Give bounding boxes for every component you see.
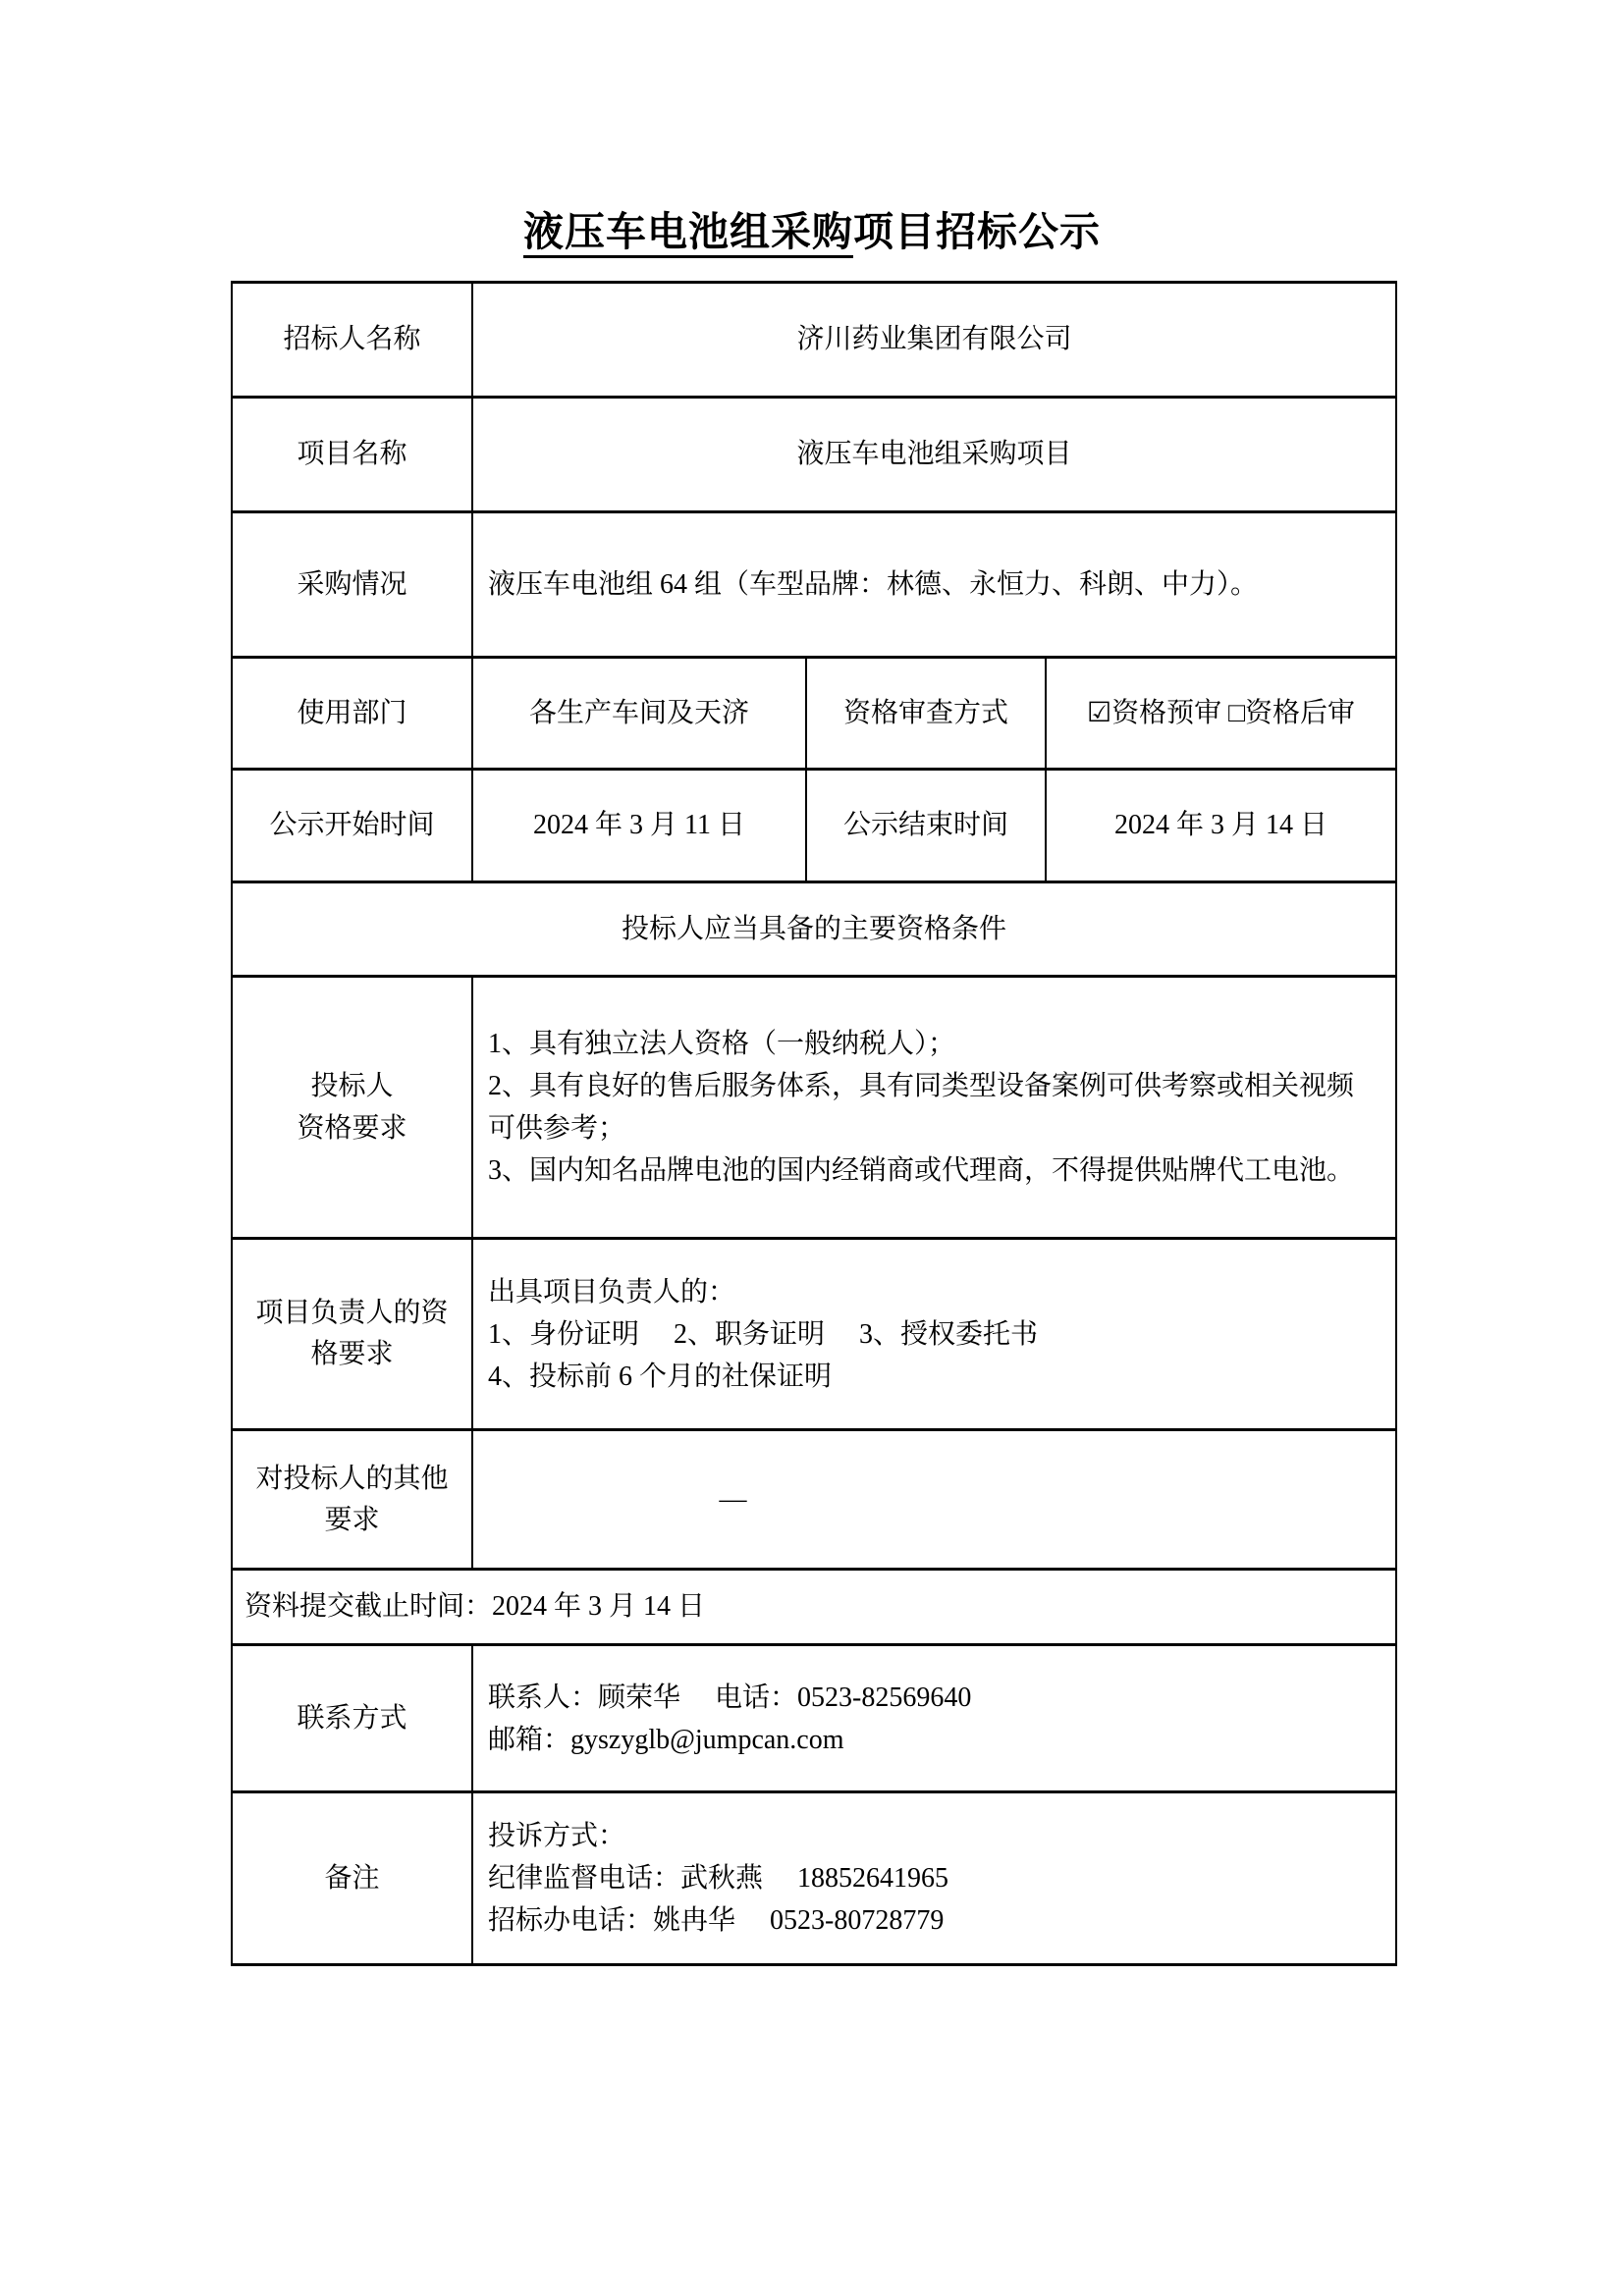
remarks-value: 投诉方式： 纪律监督电话：武秋燕 18852641965 招标办电话：姚冉华 0… — [472, 1792, 1396, 1965]
table-row: 使用部门 各生产车间及天济 资格审查方式 ☑资格预审 □资格后审 — [232, 658, 1396, 770]
contact-label: 联系方式 — [232, 1645, 472, 1792]
other-requirements-value: — — [472, 1430, 1396, 1570]
prequalification-checkbox-icon: ☑ — [1087, 693, 1111, 734]
procurement-value: 液压车电池组 64 组（车型品牌：林德、永恒力、科朗、中力）。 — [472, 512, 1396, 658]
prequalification-option-label: 资格预审 — [1111, 698, 1221, 728]
page-title: 液压车电池组采购项目招标公示 — [0, 208, 1624, 256]
department-label: 使用部门 — [232, 658, 472, 770]
table-row: 联系方式 联系人：顾荣华 电话：0523-82569640 邮箱：gyszygl… — [232, 1645, 1396, 1792]
postqualification-option-label: 资格后审 — [1245, 698, 1355, 728]
department-value: 各生产车间及天济 — [472, 658, 806, 770]
remarks-label: 备注 — [232, 1792, 472, 1965]
table-row: 公示开始时间 2024 年 3 月 11 日 公示结束时间 2024 年 3 月… — [232, 770, 1396, 882]
table-row: 对投标人的其他要求 — — [232, 1430, 1396, 1570]
table-row: 项目名称 液压车电池组采购项目 — [232, 398, 1396, 512]
contact-value: 联系人：顾荣华 电话：0523-82569640 邮箱：gyszyglb@jum… — [472, 1645, 1396, 1792]
review-method-label: 资格审查方式 — [806, 658, 1046, 770]
page-title-rest: 项目招标公示 — [853, 209, 1101, 254]
table-row: 资料提交截止时间：2024 年 3 月 14 日 — [232, 1570, 1396, 1645]
bidder-qualification-value: 1、具有独立法人资格（一般纳税人）； 2、具有良好的售后服务体系，具有同类型设备… — [472, 977, 1396, 1239]
publicity-end-label: 公示结束时间 — [806, 770, 1046, 882]
table-row: 采购情况 液压车电池组 64 组（车型品牌：林德、永恒力、科朗、中力）。 — [232, 512, 1396, 658]
project-name-label: 项目名称 — [232, 398, 472, 512]
bidder-name-label: 招标人名称 — [232, 283, 472, 398]
page-title-underlined: 液压车电池组采购 — [523, 209, 853, 258]
publicity-start-label: 公示开始时间 — [232, 770, 472, 882]
submission-deadline-text: 资料提交截止时间：2024 年 3 月 14 日 — [232, 1570, 1396, 1645]
manager-qualification-label: 项目负责人的资格要求 — [232, 1239, 472, 1430]
publicity-start-value: 2024 年 3 月 11 日 — [472, 770, 806, 882]
table-row: 项目负责人的资格要求 出具项目负责人的： 1、身份证明 2、职务证明 3、授权委… — [232, 1239, 1396, 1430]
tender-table: 招标人名称 济川药业集团有限公司 项目名称 液压车电池组采购项目 采购情况 液压… — [231, 281, 1397, 1966]
project-name-value: 液压车电池组采购项目 — [472, 398, 1396, 512]
bidder-qualification-label: 投标人 资格要求 — [232, 977, 472, 1239]
publicity-end-value: 2024 年 3 月 14 日 — [1046, 770, 1396, 882]
manager-qualification-value: 出具项目负责人的： 1、身份证明 2、职务证明 3、授权委托书 4、投标前 6 … — [472, 1239, 1396, 1430]
postqualification-checkbox-icon: □ — [1228, 693, 1245, 734]
table-row: 投标人应当具备的主要资格条件 — [232, 882, 1396, 977]
table-row: 投标人 资格要求 1、具有独立法人资格（一般纳税人）； 2、具有良好的售后服务体… — [232, 977, 1396, 1239]
table-row: 招标人名称 济川药业集团有限公司 — [232, 283, 1396, 398]
table-row: 备注 投诉方式： 纪律监督电话：武秋燕 18852641965 招标办电话：姚冉… — [232, 1792, 1396, 1965]
other-requirements-label: 对投标人的其他要求 — [232, 1430, 472, 1570]
bidder-name-value: 济川药业集团有限公司 — [472, 283, 1396, 398]
qualification-section-header: 投标人应当具备的主要资格条件 — [232, 882, 1396, 977]
procurement-label: 采购情况 — [232, 512, 472, 658]
review-method-value: ☑资格预审 □资格后审 — [1046, 658, 1396, 770]
